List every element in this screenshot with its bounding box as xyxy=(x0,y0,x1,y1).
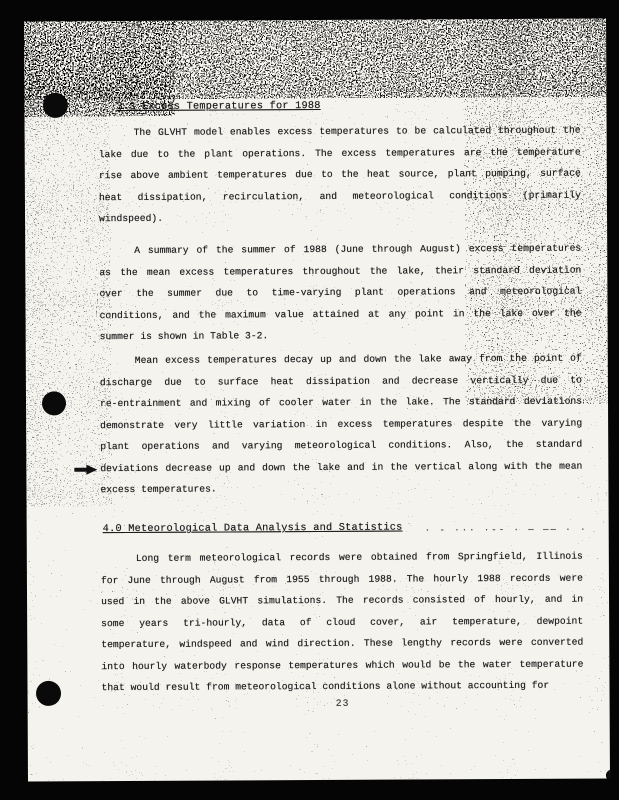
paragraph-line: conditions, and the maximum value attain… xyxy=(99,302,581,326)
paragraph-line: into hourly waterbody response temperatu… xyxy=(101,653,583,677)
paragraph: A summary of the summer of 1988 (June th… xyxy=(99,238,582,348)
paragraph-line: some years tri-hourly, data of cloud cov… xyxy=(101,610,583,634)
paragraph: The GLVHT model enables excess temperatu… xyxy=(99,120,582,230)
paragraph-line: lake due to the plant operations. The ex… xyxy=(99,141,581,165)
paragraph-line: excess temperatures. xyxy=(100,477,582,501)
scan-artifact-dashes: · - ··· ·-- · — —— · · - · xyxy=(425,525,595,536)
paragraph-line: summer is shown in Table 3-2. xyxy=(100,324,582,348)
section-heading-4-0: 4.0 Meteorological Data Analysis and Sta… xyxy=(103,522,403,536)
page-content: 3.3 Excess Temperatures for 1988 The GLV… xyxy=(24,18,610,781)
paragraph-line: demonstrate very little variation in exc… xyxy=(100,412,582,436)
paragraph-line: as the mean excess temperatures througho… xyxy=(99,259,581,283)
paragraph-line: discharge due to surface heat dissipatio… xyxy=(100,369,582,393)
paragraph-line: over the summer due to time-varying plan… xyxy=(99,281,581,305)
page-number: 23 xyxy=(102,697,584,711)
paragraph-line: for June through August from 1955 throug… xyxy=(101,567,583,591)
paragraph: Long term meteorological records were ob… xyxy=(101,546,584,699)
paper-sheet: 3.3 Excess Temperatures for 1988 The GLV… xyxy=(24,18,610,781)
paragraph-line: used in the above GLVHT simulations. The… xyxy=(101,589,583,613)
paragraph-line: re-entrainment and mixing of cooler wate… xyxy=(100,391,582,415)
paragraph: Mean excess temperatures decay up and do… xyxy=(100,348,583,501)
paragraph-line: heat dissipation, recirculation, and met… xyxy=(99,184,581,208)
scanned-page-background: 3.3 Excess Temperatures for 1988 The GLV… xyxy=(0,0,619,800)
paragraph-line: deviations decrease up and down the lake… xyxy=(100,455,582,479)
paragraph-line: Long term meteorological records were ob… xyxy=(101,546,583,570)
paragraph-line: that would result from meteorological co… xyxy=(101,675,583,699)
paragraph-line: rise above ambient temperatures due to t… xyxy=(99,163,581,187)
paragraph-line: plant operations and varying meteorologi… xyxy=(100,434,582,458)
paragraph-line: temperature, windspeed and wind directio… xyxy=(101,632,583,656)
paragraph-line: windspeed). xyxy=(99,206,581,230)
paragraph-line: Mean excess temperatures decay up and do… xyxy=(100,348,582,372)
paragraph-line: The GLVHT model enables excess temperatu… xyxy=(99,120,581,144)
paragraph-line: A summary of the summer of 1988 (June th… xyxy=(99,238,581,262)
section-heading-3-3: 3.3 Excess Temperatures for 1988 xyxy=(116,100,320,113)
